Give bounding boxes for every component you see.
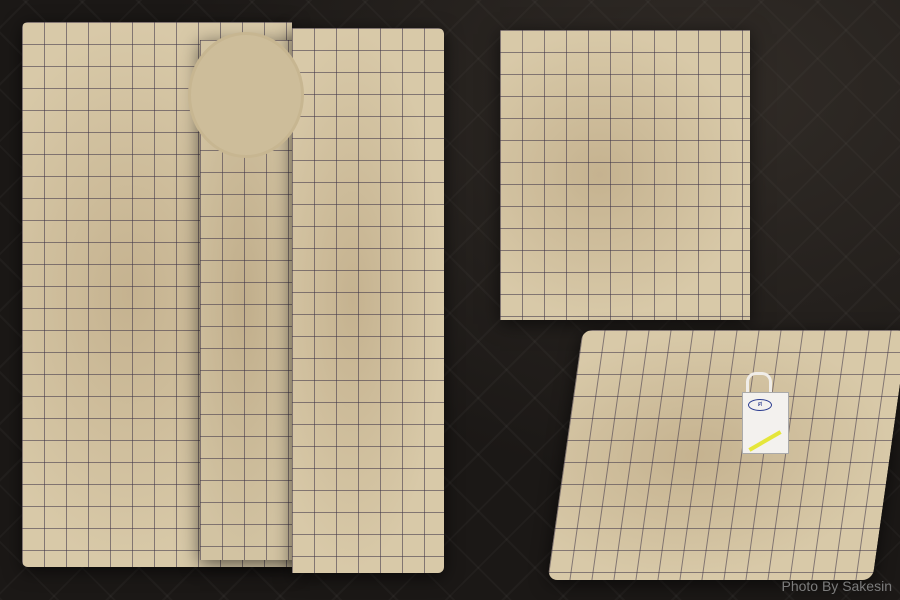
yantra-cloth-sheet [500, 30, 750, 320]
tag-stripe [748, 430, 781, 451]
yantra-shirt-right-panel [292, 28, 444, 573]
yantra-cloth-folded [547, 330, 900, 580]
tag-logo-icon: ศ [748, 399, 772, 411]
shirt-neckline [188, 32, 304, 158]
authentication-tag: ศ [742, 392, 789, 454]
photo-watermark: Photo By Sakesin [781, 578, 892, 594]
